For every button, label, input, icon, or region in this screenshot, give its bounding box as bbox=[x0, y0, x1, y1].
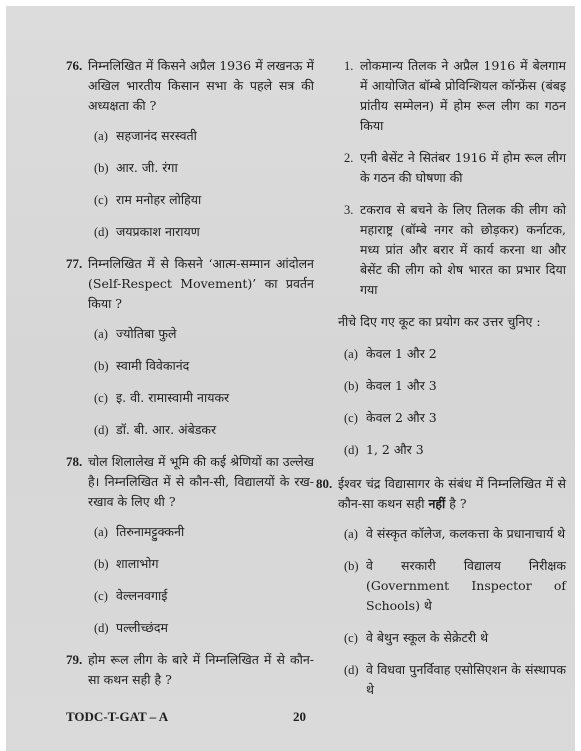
options-list: (a)वे संस्कृत कॉलेज, कलकत्ता के प्रधानाच… bbox=[338, 524, 566, 700]
question-76: 76. निम्नलिखित में किसने अप्रैल 1936 में… bbox=[66, 56, 314, 242]
option-d: (d)पल्लीच्छंदम bbox=[88, 618, 314, 638]
option-text: शालाभोग bbox=[116, 556, 159, 571]
question-emphasis: नहीं bbox=[428, 496, 445, 511]
option-label: (d) bbox=[344, 440, 359, 460]
option-c: (c)राम मनोहर लोहिया bbox=[88, 190, 314, 210]
option-label: (b) bbox=[344, 556, 359, 576]
option-d: (d)डॉ. बी. आर. अंबेडकर bbox=[88, 420, 314, 440]
option-label: (b) bbox=[94, 554, 109, 574]
option-text: वे विधवा पुनर्विवाह एसोसिएशन के संस्थापक… bbox=[366, 662, 566, 697]
question-text: निम्नलिखित में से किसने ‘आत्म-सम्मान आंद… bbox=[88, 254, 314, 314]
option-c: (c)वे बेथुन स्कूल के सेक्रेटरी थे bbox=[338, 628, 566, 648]
question-text: निम्नलिखित में किसने अप्रैल 1936 में लखन… bbox=[88, 56, 314, 116]
question-number: 80. bbox=[316, 474, 332, 494]
question-text-part: है ? bbox=[445, 496, 466, 511]
question-number: 79. bbox=[66, 650, 82, 670]
option-label: (a) bbox=[94, 324, 108, 344]
question-78: 78. चोल शिलालेख में भूमि की कई श्रेणियों… bbox=[66, 452, 314, 638]
option-label: (b) bbox=[94, 158, 109, 178]
option-label: (c) bbox=[94, 190, 108, 210]
option-label: (d) bbox=[344, 660, 359, 680]
statement-number: 1. bbox=[344, 56, 353, 76]
option-text: तिरुनामट्टुक्कनी bbox=[116, 524, 184, 539]
option-text: वे सरकारी विद्यालय निरीक्षक (Government … bbox=[366, 558, 566, 613]
option-text: ज्योतिबा फुले bbox=[116, 326, 176, 341]
option-a: (a)तिरुनामट्टुक्कनी bbox=[88, 522, 314, 542]
option-label: (c) bbox=[94, 388, 108, 408]
question-77: 77. निम्नलिखित में से किसने ‘आत्म-सम्मान… bbox=[66, 254, 314, 440]
option-c: (c)इ. वी. रामास्वामी नायकर bbox=[88, 388, 314, 408]
option-text: 1, 2 और 3 bbox=[366, 442, 424, 457]
option-b: (b)शालाभोग bbox=[88, 554, 314, 574]
option-text: स्वामी विवेकानंद bbox=[116, 358, 189, 373]
option-text: डॉ. बी. आर. अंबेडकर bbox=[116, 422, 216, 437]
option-text: वे बेथुन स्कूल के सेक्रेटरी थे bbox=[366, 630, 488, 645]
option-label: (d) bbox=[94, 618, 109, 638]
option-text: केवल 2 और 3 bbox=[366, 410, 437, 425]
option-d: (d)वे विधवा पुनर्विवाह एसोसिएशन के संस्थ… bbox=[338, 660, 566, 700]
option-label: (a) bbox=[344, 344, 358, 364]
option-c: (c)वेल्लनवगाई bbox=[88, 586, 314, 606]
option-text: इ. वी. रामास्वामी नायकर bbox=[116, 390, 229, 405]
option-label: (c) bbox=[94, 586, 108, 606]
option-b: (b)आर. जी. रंगा bbox=[88, 158, 314, 178]
statement-2: 2.एनी बेसेंट ने सितंबर 1916 में होम रूल … bbox=[316, 148, 566, 188]
option-a: (a)ज्योतिबा फुले bbox=[88, 324, 314, 344]
option-text: आर. जी. रंगा bbox=[116, 160, 178, 175]
options-list: (a)तिरुनामट्टुक्कनी (b)शालाभोग (c)वेल्लन… bbox=[88, 522, 314, 638]
option-text: राम मनोहर लोहिया bbox=[116, 192, 201, 207]
q79-instruction: नीचे दिए गए कूट का प्रयोग कर उत्तर चुनिए… bbox=[338, 312, 566, 332]
option-label: (b) bbox=[344, 376, 359, 396]
right-column: 1.लोकमान्य तिलक ने अप्रैल 1916 में बेलगा… bbox=[316, 56, 566, 712]
statement-number: 3. bbox=[344, 200, 353, 220]
options-list: (a)ज्योतिबा फुले (b)स्वामी विवेकानंद (c)… bbox=[88, 324, 314, 440]
option-label: (a) bbox=[94, 126, 108, 146]
question-79: 79. होम रूल लीग के बारे में निम्नलिखित म… bbox=[66, 650, 314, 690]
option-text: जयप्रकाश नारायण bbox=[116, 224, 200, 239]
statement-number: 2. bbox=[344, 148, 353, 168]
option-label: (a) bbox=[94, 522, 108, 542]
option-b: (b)वे सरकारी विद्यालय निरीक्षक (Governme… bbox=[338, 556, 566, 616]
option-label: (a) bbox=[344, 524, 358, 544]
statement-text: लोकमान्य तिलक ने अप्रैल 1916 में बेलगाम … bbox=[360, 58, 566, 133]
question-text: होम रूल लीग के बारे में निम्नलिखित में स… bbox=[88, 650, 314, 690]
option-d: (d)जयप्रकाश नारायण bbox=[88, 222, 314, 242]
question-text: ईश्वर चंद्र विद्यासागर के संबंध में निम्… bbox=[338, 474, 566, 514]
option-label: (c) bbox=[344, 408, 358, 428]
paper-code: TODC-T-GAT – A bbox=[66, 709, 168, 725]
option-a: (a)सहजानंद सरस्वती bbox=[88, 126, 314, 146]
exam-page: 76. निम्नलिखित में किसने अप्रैल 1936 में… bbox=[6, 6, 575, 751]
option-text: सहजानंद सरस्वती bbox=[116, 128, 197, 143]
option-text: केवल 1 और 3 bbox=[366, 378, 437, 393]
question-text: चोल शिलालेख में भूमि की कई श्रेणियों का … bbox=[88, 452, 314, 512]
option-d: (d)1, 2 और 3 bbox=[338, 440, 566, 460]
option-b: (b)केवल 1 और 3 bbox=[338, 376, 566, 396]
option-a: (a)केवल 1 और 2 bbox=[338, 344, 566, 364]
option-label: (d) bbox=[94, 420, 109, 440]
page-number: 20 bbox=[293, 709, 306, 725]
option-text: वेल्लनवगाई bbox=[116, 588, 167, 603]
question-80: 80. ईश्वर चंद्र विद्यासागर के संबंध में … bbox=[316, 474, 566, 700]
option-text: पल्लीच्छंदम bbox=[116, 620, 168, 635]
q79-statements: 1.लोकमान्य तिलक ने अप्रैल 1916 में बेलगा… bbox=[316, 56, 566, 300]
option-c: (c)केवल 2 और 3 bbox=[338, 408, 566, 428]
option-label: (c) bbox=[344, 628, 358, 648]
q79-options-list: (a)केवल 1 और 2 (b)केवल 1 और 3 (c)केवल 2 … bbox=[338, 344, 566, 460]
option-a: (a)वे संस्कृत कॉलेज, कलकत्ता के प्रधानाच… bbox=[338, 524, 566, 544]
option-label: (b) bbox=[94, 356, 109, 376]
question-number: 77. bbox=[66, 254, 82, 274]
statement-text: टकराव से बचने के लिए तिलक की लीग को महार… bbox=[360, 202, 566, 297]
option-label: (d) bbox=[94, 222, 109, 242]
question-number: 76. bbox=[66, 56, 82, 76]
left-column: 76. निम्नलिखित में किसने अप्रैल 1936 में… bbox=[66, 56, 314, 702]
option-b: (b)स्वामी विवेकानंद bbox=[88, 356, 314, 376]
option-text: केवल 1 और 2 bbox=[366, 346, 437, 361]
statement-text: एनी बेसेंट ने सितंबर 1916 में होम रूल ली… bbox=[360, 150, 566, 185]
statement-3: 3.टकराव से बचने के लिए तिलक की लीग को मह… bbox=[316, 200, 566, 300]
question-number: 78. bbox=[66, 452, 82, 472]
statement-1: 1.लोकमान्य तिलक ने अप्रैल 1916 में बेलगा… bbox=[316, 56, 566, 136]
options-list: (a)सहजानंद सरस्वती (b)आर. जी. रंगा (c)रा… bbox=[88, 126, 314, 242]
option-text: वे संस्कृत कॉलेज, कलकत्ता के प्रधानाचार्… bbox=[366, 526, 565, 541]
